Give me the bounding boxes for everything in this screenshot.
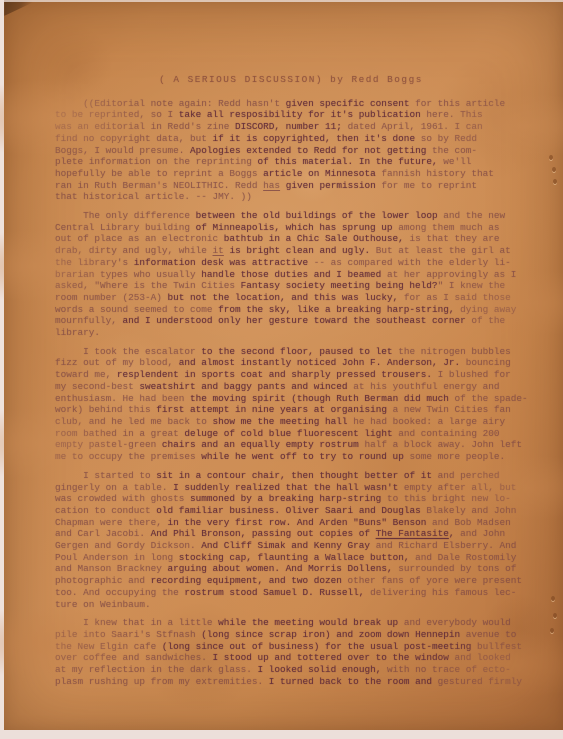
text-line: Central Library building of Minneapolis,…: [55, 222, 527, 234]
text-line: Gergen and Gordy Dickson. And Cliff Sima…: [55, 540, 527, 552]
text-line: asked, "Where is the Twin Cities Fantasy…: [55, 280, 527, 292]
text-line: to be reprinted, so I take all resposibi…: [55, 109, 527, 121]
text-line: ture on Weinbaum.: [55, 599, 527, 611]
text-line: club, and he led me back to show me the …: [55, 416, 527, 428]
text-line: ((Editorial note again: Redd hasn't give…: [55, 98, 527, 110]
text-line: mournfully, and I understood only her ge…: [55, 315, 527, 327]
text-line: Boggs, I would presume. Apologies extend…: [55, 145, 527, 157]
text-line: my second-best sweatshirt and baggy pant…: [55, 381, 527, 393]
text-line: out of place as an electronic bathtub in…: [55, 233, 527, 245]
staple-mark: [553, 179, 557, 184]
text-line: I started to sit in a contour chair, the…: [55, 470, 527, 482]
text-line: fizz out of my blood, and almost instant…: [55, 357, 527, 369]
text-line: The only difference between the old buil…: [55, 210, 527, 222]
scanner-edge-left: [0, 0, 4, 739]
text-line: words a sound seemed to come from the sk…: [55, 304, 527, 316]
text-line: hopefully be able to reprint a Boggs art…: [55, 168, 527, 180]
paragraph-5: I knew that in a little while the meetin…: [55, 617, 527, 687]
scanner-edge-top: [0, 0, 563, 2]
text-line: at my reflection in the dark glass. I lo…: [55, 664, 527, 676]
text-line: photographic and recording equipment, an…: [55, 575, 527, 587]
paragraph-4: I started to sit in a contour chair, the…: [55, 470, 527, 610]
text-line: toward me, resplendent in sports coat an…: [55, 369, 527, 381]
staple-mark: [553, 613, 557, 618]
text-line: find no copyright data, but if it is cop…: [55, 133, 527, 145]
text-line: Chapman were there, in the very first ro…: [55, 517, 527, 529]
text-line: and Manson Brackney arguing about women.…: [55, 563, 527, 575]
staple-mark: [552, 167, 556, 172]
typed-text: ( A SERIOUS DISCUSSION) by Redd Boggs ((…: [55, 74, 527, 694]
text-line: cation to conduct old familiar business.…: [55, 505, 527, 517]
text-line: empty pastel-green chairs and an equally…: [55, 439, 527, 451]
text-line: the library's information desk was attra…: [55, 257, 527, 269]
text-line: I knew that in a little while the meetin…: [55, 617, 527, 629]
text-line: plete information on the reprinting of t…: [55, 156, 527, 168]
staple-mark: [550, 628, 554, 633]
paragraph-3: I took the escalator to the second floor…: [55, 346, 527, 463]
paragraph-1: ((Editorial note again: Redd hasn't give…: [55, 98, 527, 203]
text-line: work) behind this first attempt in nine …: [55, 404, 527, 416]
text-line: library.: [55, 327, 527, 339]
staple-mark: [551, 596, 555, 601]
text-line: was crowded with ghosts summoned by a br…: [55, 493, 527, 505]
scanned-page: ( A SERIOUS DISCUSSION) by Redd Boggs ((…: [0, 0, 563, 739]
text-line: plasm rushing up from my extremities. I …: [55, 676, 527, 688]
text-line: Poul Anderson in long stocking cap, flau…: [55, 552, 527, 564]
text-line: that historical article. -- JMY. )): [55, 191, 527, 203]
text-line: room number (253-A) but not the location…: [55, 292, 527, 304]
paragraph-2: The only difference between the old buil…: [55, 210, 527, 339]
text-line: enthusiasm. He had been the moving spiri…: [55, 393, 527, 405]
staple-mark: [549, 155, 553, 160]
scanner-edge-bottom: [0, 730, 563, 739]
text-line: drab, dirty and ugly, while it is bright…: [55, 245, 527, 257]
text-line: brarian types who usually handle those d…: [55, 269, 527, 281]
text-line: me to occupy the premises while he went …: [55, 451, 527, 463]
text-line: pile into Saari's Stfnash (long since sc…: [55, 629, 527, 641]
text-line: I took the escalator to the second floor…: [55, 346, 527, 358]
text-line: gingerly on a table. I suddenly realized…: [55, 482, 527, 494]
text-line: room bathed in a great deluge of cold bl…: [55, 428, 527, 440]
text-line: and Carl Jacobi. And Phil Bronson, passi…: [55, 528, 527, 540]
paragraphs: ((Editorial note again: Redd hasn't give…: [55, 98, 527, 688]
text-line: the New Elgin cafe (long since out of bu…: [55, 641, 527, 653]
text-line: ran in Ruth Berman's NEOLITHIC. Redd has…: [55, 180, 527, 192]
text-line: over coffee and sandwiches. I stood up a…: [55, 652, 527, 664]
text-line: was an editorial in Redd's zine DISCORD,…: [55, 121, 527, 133]
document-title: ( A SERIOUS DISCUSSION) by Redd Boggs: [55, 74, 527, 86]
text-line: too. And occupying the rostrum stood Sam…: [55, 587, 527, 599]
